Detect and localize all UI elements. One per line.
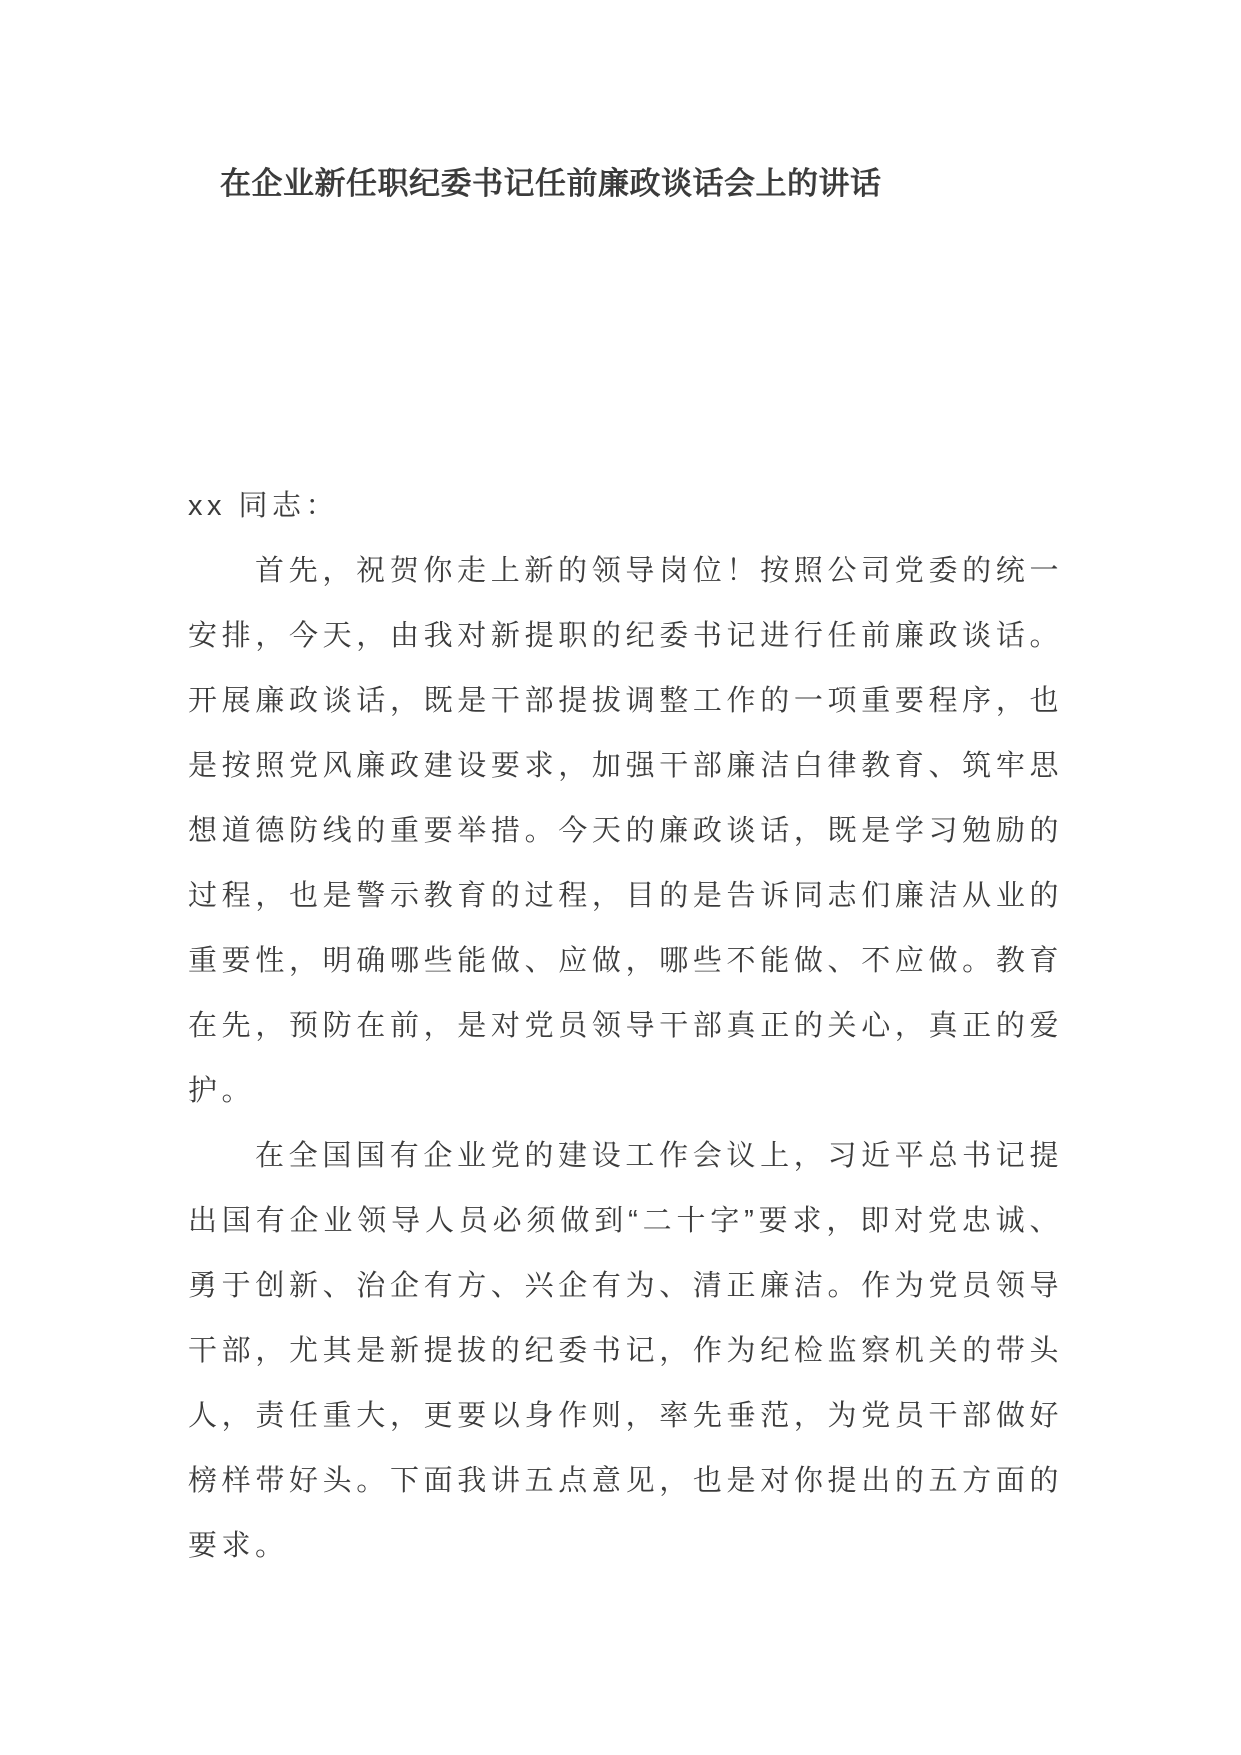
paragraph-requirements: 在全国国有企业党的建设工作会议上，习近平总书记提出国有企业领导人员必须做到“二十… <box>188 1124 1063 1579</box>
document-page: 在企业新任职纪委书记任前廉政谈话会上的讲话 xx 同志： 首先，祝贺你走上新的领… <box>0 0 1241 1755</box>
salutation-line: xx 同志： <box>188 474 1063 539</box>
document-title: 在企业新任职纪委书记任前廉政谈话会上的讲话 <box>188 162 1063 206</box>
paragraph-intro: 首先，祝贺你走上新的领导岗位！按照公司党委的统一安排，今天，由我对新提职的纪委书… <box>188 539 1063 1124</box>
